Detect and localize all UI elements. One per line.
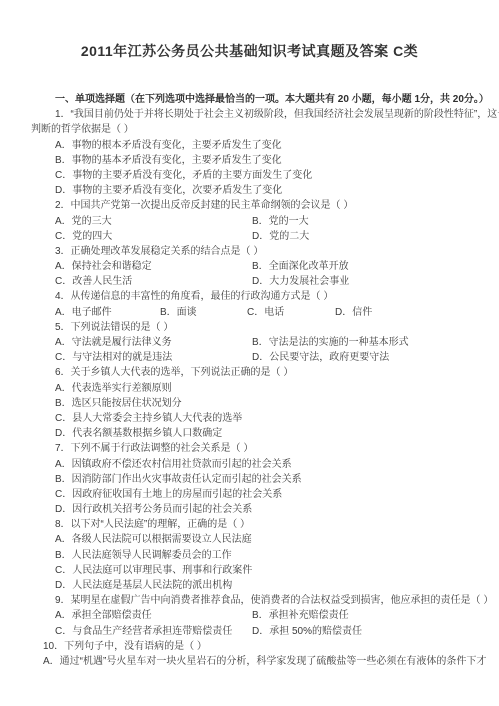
option-line: D．代表名额基数根据乡镇人口数确定 — [31, 426, 481, 441]
option-row: C．与守法相对的就是违法D．公民要守法，政府更要守法 — [31, 350, 481, 365]
question-line: 1．“我国目前仍处于并将长期处于社会主义初级阶段，但我国经济社会发展呈现新的阶段… — [31, 107, 481, 122]
option-line: C．因政府征收国有土地上的房屋而引起的社会关系 — [31, 487, 481, 502]
option-line: B．人民法庭领导人民调解委员会的工作 — [31, 548, 481, 563]
option-cell: B．守法是法的实施的一种基本形式 — [252, 337, 409, 348]
option-line: B．因消防部门作出火灾事故责任认定而引起的社会关系 — [31, 472, 481, 487]
option-line: D．人民法庭是基层人民法院的派出机构 — [31, 578, 481, 593]
option-row: A．党的三大B．党的一大 — [31, 214, 481, 229]
option-cell: C．与食品生产经营者承担连带赔偿责任 — [55, 624, 252, 639]
option-cell: B．全面深化改革开放 — [252, 261, 349, 272]
option-line: A．代表选举实行差额原则 — [31, 381, 481, 396]
option-row: A．承担全部赔偿责任B．承担补充赔偿责任 — [31, 608, 481, 623]
option-cell: D．公民要守法，政府更要守法 — [252, 352, 389, 363]
option-cell: A．党的三大 — [55, 214, 252, 229]
question-wrap-line: 判断的哲学依据是（ ） — [31, 122, 481, 137]
option-line: D．因行政机关招考公务员而引起的社会关系 — [31, 502, 481, 517]
exam-document-page: 2011年江苏公务员公共基础知识考试真题及答案 C类 一、单项选择题（在下列选项… — [0, 0, 499, 706]
option-cell: A．保持社会和谐稳定 — [55, 259, 252, 274]
option-line: A．因镇政府不偿还农村信用社贷款而引起的社会关系 — [31, 457, 481, 472]
option-line: A．各级人民法院可以根据需要设立人民法庭 — [31, 532, 481, 547]
option-cell: C．党的四大 — [55, 229, 252, 244]
option-row: A．保持社会和谐稳定B．全面深化改革开放 — [31, 259, 481, 274]
option-line: A．通过“机遇”号火星车对一块火星岩石的分析，科学家发现了硫酸盐等一些必须在有液… — [31, 654, 481, 669]
question-line: 9．某明星在虚假广告中向消费者推荐食品，使消费者的合法权益受到损害，他应承担的责… — [31, 593, 481, 608]
question-line: 7．下列不属于行政法调整的社会关系是（ ） — [31, 441, 481, 456]
option-cell: B．承担补充赔偿责任 — [252, 610, 349, 621]
question-line: 2．中国共产党第一次提出反帝反封建的民主革命纲领的会议是（ ） — [31, 198, 481, 213]
option-cell: A．承担全部赔偿责任 — [55, 608, 252, 623]
option-cell: D．党的二大 — [252, 231, 309, 242]
question-line: 8．以下对“人民法庭”的理解，正确的是（ ） — [31, 517, 481, 532]
question-line: 4．从传递信息的丰富性的角度看，最佳的行政沟通方式是（ ） — [31, 289, 481, 304]
option-cell: C．与守法相对的就是违法 — [55, 350, 252, 365]
option-row: C．党的四大D．党的二大 — [31, 229, 481, 244]
option-line: B．选区只能按居住状况划分 — [31, 396, 481, 411]
question-line: 10．下列句子中，没有语病的是（ ） — [31, 639, 481, 654]
option-line: C．事物的主要矛盾没有变化，矛盾的主要方面发生了变化 — [31, 168, 481, 183]
option-cell: D．信件 — [335, 307, 372, 318]
section-heading: 一、单项选择题（在下列选项中选择最恰当的一项。本大题共有 20 小题，每小题 1… — [31, 92, 481, 107]
option-cell: A．守法就是履行法律义务 — [55, 335, 252, 350]
option-line: D．事物的主要矛盾没有变化，次要矛盾发生了变化 — [31, 183, 481, 198]
option-line: A．事物的根本矛盾没有变化，主要矛盾发生了变化 — [31, 138, 481, 153]
document-body: 一、单项选择题（在下列选项中选择最恰当的一项。本大题共有 20 小题，每小题 1… — [0, 92, 499, 669]
option-row: A．守法就是履行法律义务B．守法是法的实施的一种基本形式 — [31, 335, 481, 350]
question-line: 3．正确处理改革发展稳定关系的结合点是（ ） — [31, 244, 481, 259]
page-title: 2011年江苏公务员公共基础知识考试真题及答案 C类 — [0, 0, 499, 61]
option-row: C．改善人民生活D．大力发展社会事业 — [31, 274, 481, 289]
option-line: C．县人大常委会主持乡镇人大代表的选举 — [31, 411, 481, 426]
option-cell: B．面谈 — [160, 305, 247, 320]
option-cell: A．电子邮件 — [55, 305, 160, 320]
option-cell: C．电话 — [247, 305, 335, 320]
option-cell: B．党的一大 — [252, 216, 309, 227]
option-row: A．电子邮件B．面谈C．电话D．信件 — [31, 305, 481, 320]
option-row: C．与食品生产经营者承担连带赔偿责任D．承担 50%的赔偿责任 — [31, 624, 481, 639]
question-line: 5．下列说法错误的是（ ） — [31, 320, 481, 335]
option-cell: C．改善人民生活 — [55, 274, 252, 289]
option-cell: D．承担 50%的赔偿责任 — [252, 626, 362, 637]
question-line: 6．关于乡镇人大代表的选举，下列说法正确的是（ ） — [31, 365, 481, 380]
option-line: C．人民法庭可以审理民事、刑事和行政案件 — [31, 563, 481, 578]
option-line: B．事物的基本矛盾没有变化，主要矛盾发生了变化 — [31, 153, 481, 168]
option-cell: D．大力发展社会事业 — [252, 276, 349, 287]
